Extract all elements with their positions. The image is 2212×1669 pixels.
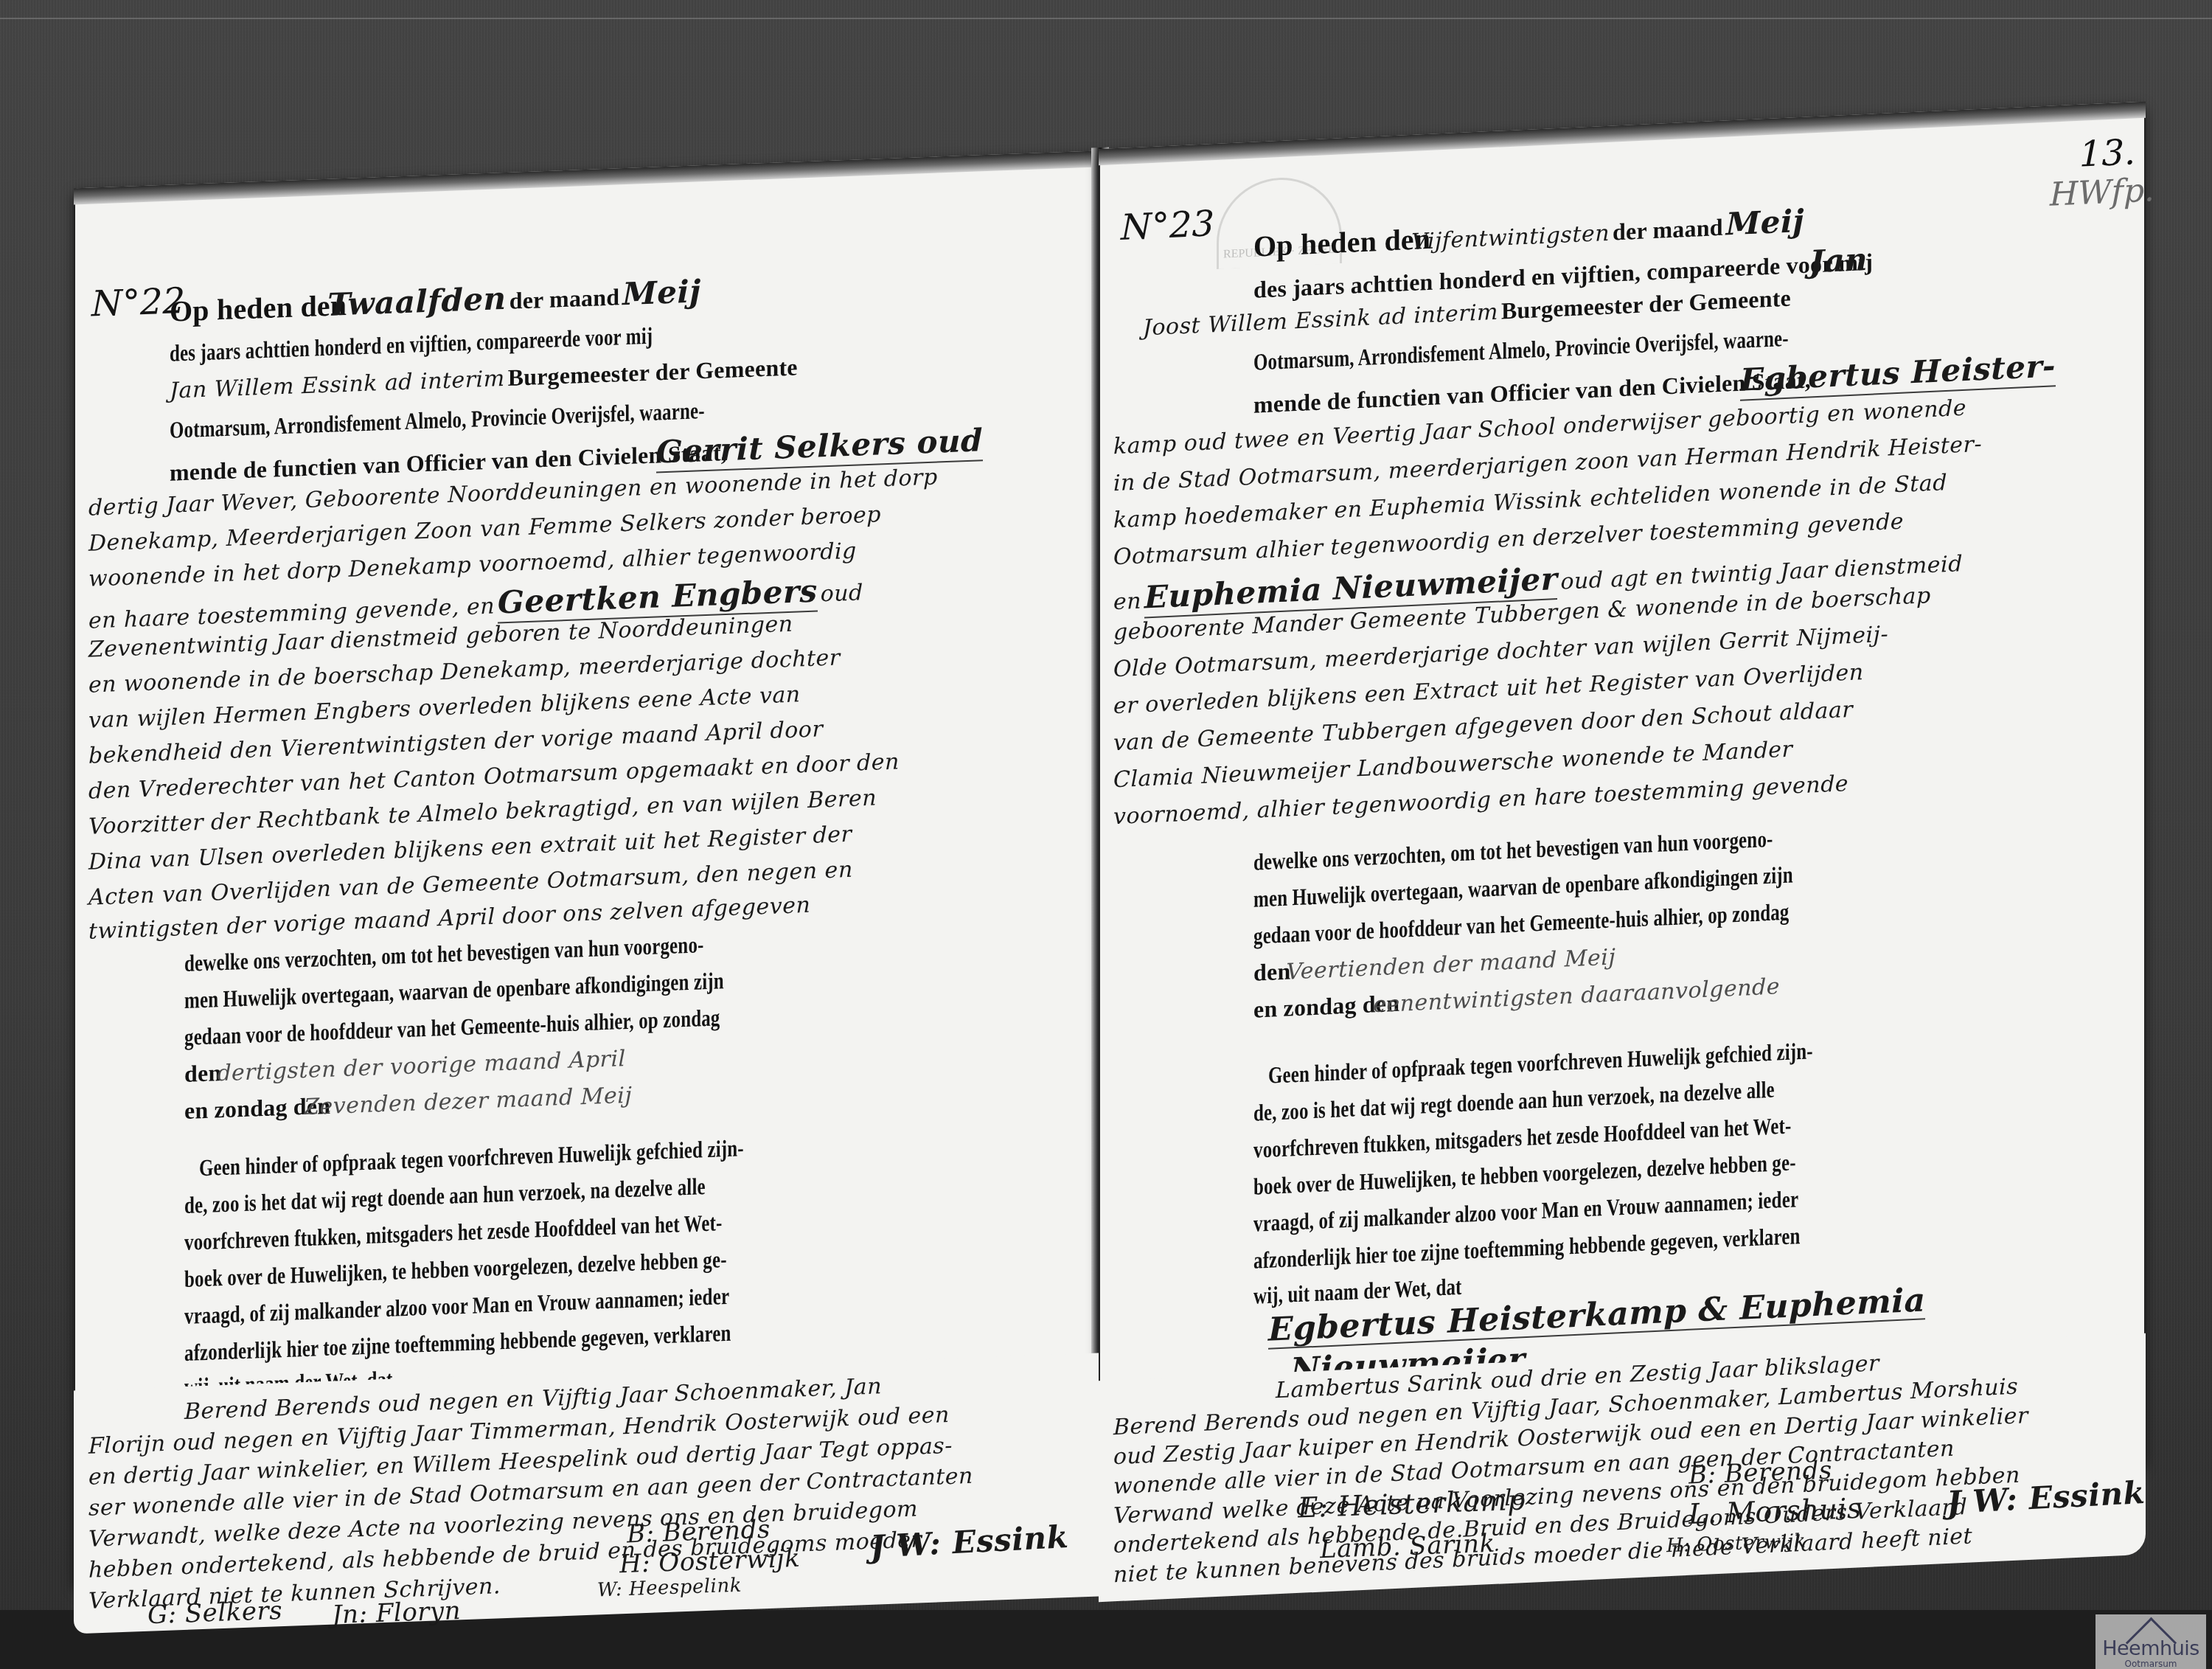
printed-text: Op heden den bbox=[1253, 222, 1430, 263]
left-witness-area: Berend Berends oud negen en Vijftig Jaar… bbox=[74, 1353, 1099, 1634]
right-witness-area: Lambertus Sarink oud drie en Zestig Jaar… bbox=[1099, 1333, 2146, 1602]
signature: H: Oosterwijk bbox=[1666, 1532, 1806, 1556]
printed-text: den bbox=[1253, 957, 1290, 985]
first-proclamation-line: den Veertienden der maand Meij bbox=[1253, 944, 1615, 985]
printed-text: der maand bbox=[1613, 214, 1723, 246]
folio-number: 13. bbox=[2079, 131, 2135, 175]
heemhuis-watermark: Heemhuis Ootmarsum bbox=[2096, 1614, 2206, 1669]
signature: Lamb. Sarink bbox=[1319, 1531, 1495, 1562]
signature: B: Berends bbox=[1688, 1458, 1832, 1488]
signature: B: Berends bbox=[626, 1517, 771, 1547]
entry-number: N°23 bbox=[1121, 203, 1214, 249]
signature: L. Morshuis bbox=[1688, 1494, 1862, 1528]
right-page: N°23 REPUBLIEK · ZEGEL 13. HWfp. Op hede… bbox=[1099, 102, 2146, 1521]
signature: W: Heespelink bbox=[597, 1576, 742, 1600]
signature: H: Oosterwijk bbox=[619, 1546, 800, 1578]
handwritten-text: Jan bbox=[1809, 241, 1868, 280]
printed-text: Burgemeester der Gemeente bbox=[1501, 285, 1791, 325]
printed-line: wij, uit naam der Wet, dat bbox=[1253, 1274, 1462, 1308]
groom-name: Egbertus Heister- bbox=[1740, 347, 2056, 400]
open-register-book: N°22 Op heden den Twaalfden der maand Me… bbox=[66, 103, 2153, 1600]
handwritten-day: Vijfentwintigsten bbox=[1411, 221, 1610, 255]
folio-pencil-note: HWfp. bbox=[2050, 171, 2154, 213]
handwritten-text: en bbox=[1113, 589, 1141, 616]
handwritten-date: Veertienden der maand Meij bbox=[1286, 944, 1615, 985]
handwritten-date: eenentwintigsten daaraanvolgende bbox=[1373, 974, 1780, 1018]
signature: G: Selkers bbox=[147, 1598, 282, 1628]
handwritten-official: Joost Willem Essink ad interim bbox=[1143, 299, 1498, 341]
scan-line-artifact bbox=[0, 18, 2212, 19]
signature: E: Heisterkamp bbox=[1297, 1486, 1526, 1522]
signature: Jn: Floryn bbox=[331, 1598, 461, 1628]
handwritten-month: Meij bbox=[1726, 203, 1804, 243]
